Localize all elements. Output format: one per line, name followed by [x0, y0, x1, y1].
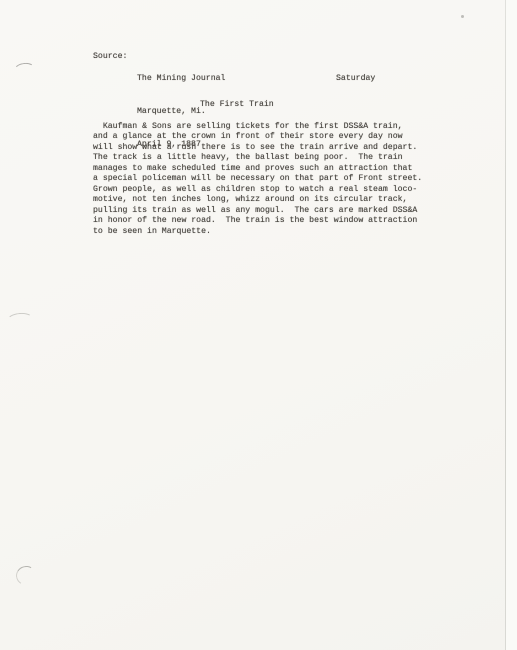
source-label: Source: [93, 51, 127, 62]
article-body: Kaufman & Sons are selling tickets for t… [93, 122, 422, 237]
typewritten-document: Source: The Mining Journal Marquette, Mi… [0, 0, 517, 650]
article-title: The First Train [200, 99, 274, 110]
source-publication: The Mining Journal [137, 73, 225, 84]
weekday: Saturday [336, 73, 375, 84]
scanned-page: Source: The Mining Journal Marquette, Mi… [0, 0, 517, 650]
